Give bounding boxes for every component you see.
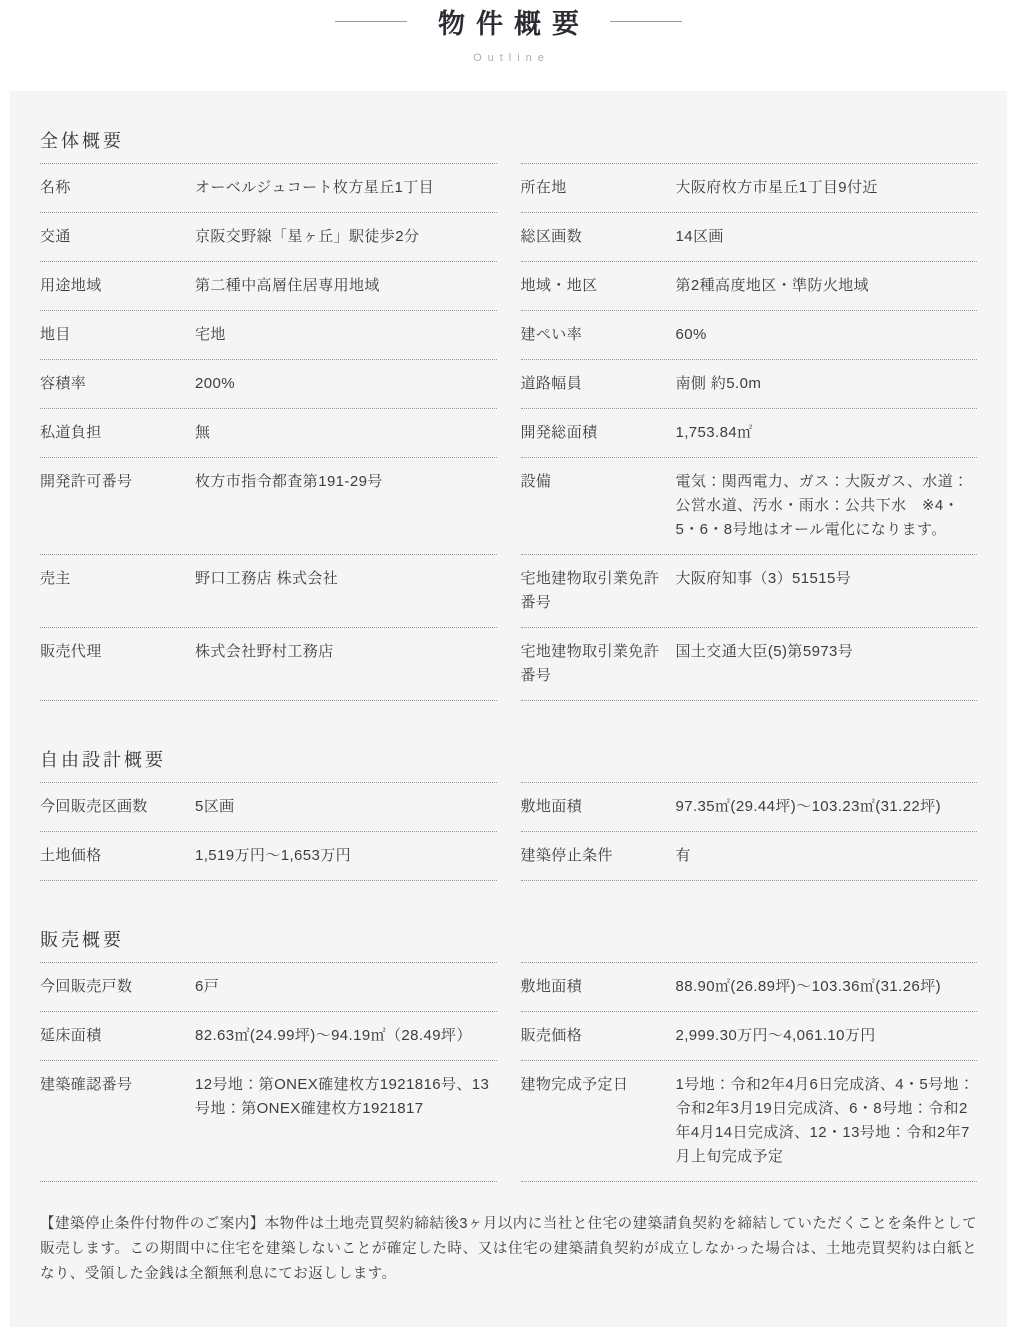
row-label: 宅地建物取引業免許番号 — [521, 640, 676, 688]
table-row: 建築停止条件 有 — [521, 832, 978, 881]
table-row: 建築確認番号 12号地：第ONEX確建枚方1921816号、13号地：第ONEX… — [40, 1061, 497, 1182]
table-row: 敷地面積 97.35㎡(29.44坪)〜103.23㎡(31.22坪) — [521, 782, 978, 832]
page-subtitle: Outline — [0, 52, 1017, 64]
row-value: 5区画 — [195, 795, 497, 819]
table-row: 建物完成予定日 1号地：令和2年4月6日完成済、4・5号地：令和2年3月19日完… — [521, 1061, 978, 1182]
table-row: 交通 京阪交野線「星ヶ丘」駅徒歩2分 — [40, 213, 497, 262]
row-label: 道路幅員 — [521, 372, 676, 396]
table-row: 地域・地区 第2種高度地区・準防火地域 — [521, 262, 978, 311]
table-row: 延床面積 82.63㎡(24.99坪)〜94.19㎡（28.49坪） — [40, 1012, 497, 1061]
row-label: 所在地 — [521, 176, 676, 200]
row-label: 容積率 — [40, 372, 195, 396]
table-row: 宅地建物取引業免許番号 国土交通大臣(5)第5973号 — [521, 628, 978, 701]
row-value: 枚方市指令都査第191-29号 — [195, 470, 497, 494]
row-value: 株式会社野村工務店 — [195, 640, 497, 664]
row-value: 宅地 — [195, 323, 497, 347]
section-free-design-table: 今回販売区画数 5区画 敷地面積 97.35㎡(29.44坪)〜103.23㎡(… — [40, 782, 977, 881]
page-header: 物件概要 Outline — [0, 0, 1017, 64]
row-value: 6戸 — [195, 975, 497, 999]
table-row: 販売代理 株式会社野村工務店 — [40, 628, 497, 701]
row-value: 国土交通大臣(5)第5973号 — [676, 640, 978, 664]
row-label: 交通 — [40, 225, 195, 249]
table-row: 用途地域 第二種中高層住居専用地域 — [40, 262, 497, 311]
building-condition-notice: 【建築停止条件付物件のご案内】本物件は土地売買契約締結後3ヶ月以内に当社と住宅の… — [40, 1212, 977, 1287]
row-value: 1号地：令和2年4月6日完成済、4・5号地：令和2年3月19日完成済、6・8号地… — [676, 1073, 978, 1169]
section-sales-table: 今回販売戸数 6戸 敷地面積 88.90㎡(26.89坪)〜103.36㎡(31… — [40, 962, 977, 1182]
title-rule-left — [335, 21, 407, 22]
title-rule-right — [610, 21, 682, 22]
row-label: 名称 — [40, 176, 195, 200]
row-label: 宅地建物取引業免許番号 — [521, 567, 676, 615]
section-overall-heading: 全体概要 — [40, 127, 977, 153]
table-row: 設備 電気：関西電力、ガス：大阪ガス、水道：公営水道、汚水・雨水：公共下水 ※4… — [521, 458, 978, 555]
section-sales: 販売概要 今回販売戸数 6戸 敷地面積 88.90㎡(26.89坪)〜103.3… — [40, 926, 977, 1182]
row-value: 200% — [195, 372, 497, 396]
section-overall: 全体概要 名称 オーベルジュコート枚方星丘1丁目 所在地 大阪府枚方市星丘1丁目… — [40, 127, 977, 701]
row-value: 大阪府枚方市星丘1丁目9付近 — [676, 176, 978, 200]
table-row: 開発総面積 1,753.84㎡ — [521, 409, 978, 458]
row-value: 野口工務店 株式会社 — [195, 567, 497, 591]
row-value: 60% — [676, 323, 978, 347]
row-value: 第二種中高層住居専用地域 — [195, 274, 497, 298]
row-value: 1,753.84㎡ — [676, 421, 978, 445]
row-value: オーベルジュコート枚方星丘1丁目 — [195, 176, 497, 200]
row-label: 土地価格 — [40, 844, 195, 868]
section-free-design: 自由設計概要 今回販売区画数 5区画 敷地面積 97.35㎡(29.44坪)〜1… — [40, 746, 977, 881]
row-label: 建物完成予定日 — [521, 1073, 676, 1097]
row-value: 82.63㎡(24.99坪)〜94.19㎡（28.49坪） — [195, 1024, 497, 1048]
table-row: 開発許可番号 枚方市指令都査第191-29号 — [40, 458, 497, 555]
row-label: 用途地域 — [40, 274, 195, 298]
row-value: 97.35㎡(29.44坪)〜103.23㎡(31.22坪) — [676, 795, 978, 819]
table-row: 所在地 大阪府枚方市星丘1丁目9付近 — [521, 163, 978, 213]
table-row: 今回販売戸数 6戸 — [40, 962, 497, 1012]
row-label: 総区画数 — [521, 225, 676, 249]
table-row: 今回販売区画数 5区画 — [40, 782, 497, 832]
page-title: 物件概要 — [427, 2, 590, 41]
section-free-design-heading: 自由設計概要 — [40, 746, 977, 772]
table-row: 宅地建物取引業免許番号 大阪府知事（3）51515号 — [521, 555, 978, 628]
table-row: 総区画数 14区画 — [521, 213, 978, 262]
table-row: 容積率 200% — [40, 360, 497, 409]
table-row: 名称 オーベルジュコート枚方星丘1丁目 — [40, 163, 497, 213]
row-value: 無 — [195, 421, 497, 445]
row-label: 販売価格 — [521, 1024, 676, 1048]
row-value: 1,519万円〜1,653万円 — [195, 844, 497, 868]
row-value: 電気：関西電力、ガス：大阪ガス、水道：公営水道、汚水・雨水：公共下水 ※4・5・… — [676, 470, 978, 542]
row-label: 開発総面積 — [521, 421, 676, 445]
row-value: 第2種高度地区・準防火地域 — [676, 274, 978, 298]
row-label: 私道負担 — [40, 421, 195, 445]
table-row: 販売価格 2,999.30万円〜4,061.10万円 — [521, 1012, 978, 1061]
row-label: 開発許可番号 — [40, 470, 195, 494]
outline-card: 全体概要 名称 オーベルジュコート枚方星丘1丁目 所在地 大阪府枚方市星丘1丁目… — [10, 91, 1007, 1327]
row-label: 建ぺい率 — [521, 323, 676, 347]
row-label: 今回販売戸数 — [40, 975, 195, 999]
row-label: 地域・地区 — [521, 274, 676, 298]
table-row: 私道負担 無 — [40, 409, 497, 458]
table-row: 売主 野口工務店 株式会社 — [40, 555, 497, 628]
row-label: 販売代理 — [40, 640, 195, 664]
row-value: 南側 約5.0m — [676, 372, 978, 396]
row-label: 地目 — [40, 323, 195, 347]
row-label: 設備 — [521, 470, 676, 494]
table-row: 地目 宅地 — [40, 311, 497, 360]
row-label: 今回販売区画数 — [40, 795, 195, 819]
row-value: 88.90㎡(26.89坪)〜103.36㎡(31.26坪) — [676, 975, 978, 999]
row-value: 京阪交野線「星ヶ丘」駅徒歩2分 — [195, 225, 497, 249]
section-overall-table: 名称 オーベルジュコート枚方星丘1丁目 所在地 大阪府枚方市星丘1丁目9付近 交… — [40, 163, 977, 701]
table-row: 敷地面積 88.90㎡(26.89坪)〜103.36㎡(31.26坪) — [521, 962, 978, 1012]
row-value: 14区画 — [676, 225, 978, 249]
row-label: 敷地面積 — [521, 795, 676, 819]
section-sales-heading: 販売概要 — [40, 926, 977, 952]
row-label: 売主 — [40, 567, 195, 591]
row-value: 有 — [676, 844, 978, 868]
row-value: 2,999.30万円〜4,061.10万円 — [676, 1024, 978, 1048]
row-label: 敷地面積 — [521, 975, 676, 999]
row-value: 12号地：第ONEX確建枚方1921816号、13号地：第ONEX確建枚方192… — [195, 1073, 497, 1121]
row-label: 建築停止条件 — [521, 844, 676, 868]
table-row: 土地価格 1,519万円〜1,653万円 — [40, 832, 497, 881]
table-row: 建ぺい率 60% — [521, 311, 978, 360]
row-value: 大阪府知事（3）51515号 — [676, 567, 978, 591]
table-row: 道路幅員 南側 約5.0m — [521, 360, 978, 409]
row-label: 建築確認番号 — [40, 1073, 195, 1097]
row-label: 延床面積 — [40, 1024, 195, 1048]
